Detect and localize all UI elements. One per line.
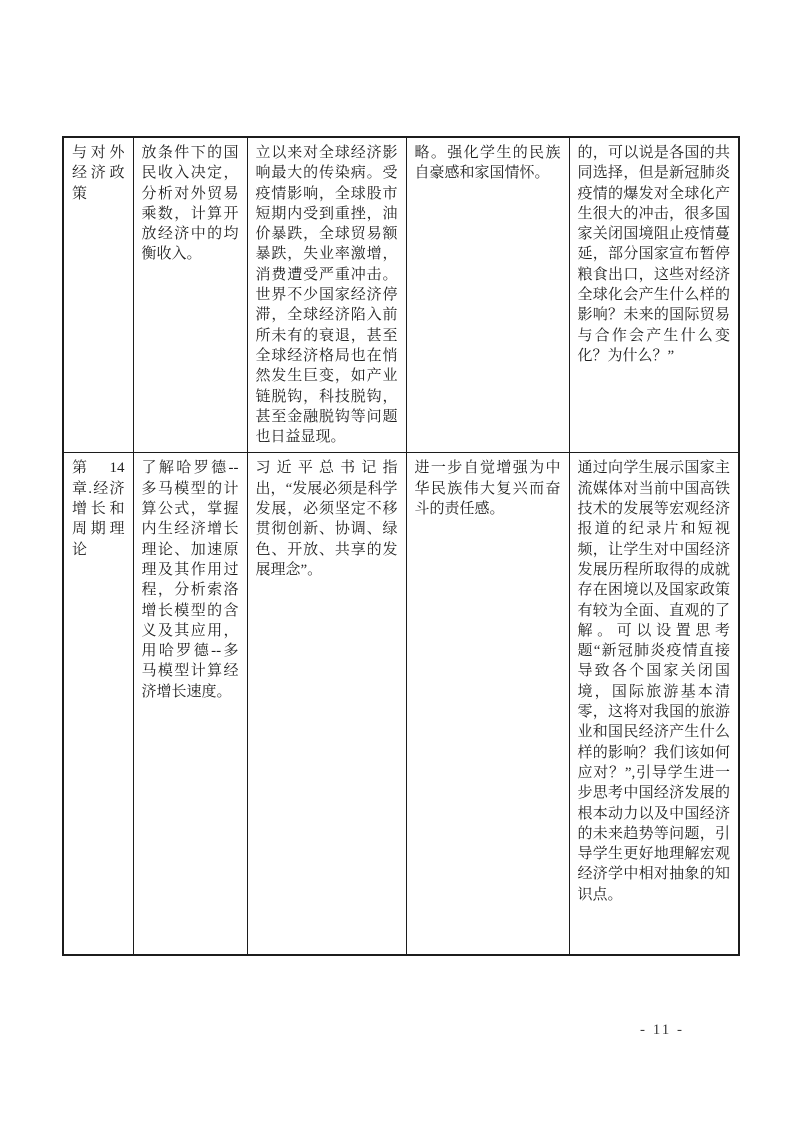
cell-objectives: 了解哈罗德--多马模型的计算公式，掌握内生经济增长理论、加速原理及其作用过程，分… — [133, 453, 247, 955]
cell-chapter: 第 14 章.经济增长和周期理论 — [63, 453, 133, 955]
cell-education-goal: 进一步自觉增强为中华民族伟大复兴而奋斗的责任感。 — [406, 453, 569, 955]
cell-education-goal: 略。强化学生的民族自豪感和家国情怀。 — [406, 137, 569, 453]
cell-teaching-method: 的，可以说是各国的共同选择，但是新冠肺炎疫情的爆发对全球化产生很大的冲击，很多国… — [569, 137, 739, 453]
cell-teaching-method: 通过向学生展示国家主流媒体对当前中国高铁技术的发展等宏观经济报道的纪录片和短视频… — [569, 453, 739, 955]
table-row: 第 14 章.经济增长和周期理论 了解哈罗德--多马模型的计算公式，掌握内生经济… — [63, 453, 739, 955]
cell-objectives: 放条件下的国民收入决定，分析对外贸易乘数，计算开放经济中的均衡收入。 — [133, 137, 247, 453]
table-row: 与对外经济政策 放条件下的国民收入决定，分析对外贸易乘数，计算开放经济中的均衡收… — [63, 137, 739, 453]
syllabus-table: 与对外经济政策 放条件下的国民收入决定，分析对外贸易乘数，计算开放经济中的均衡收… — [62, 136, 740, 956]
cell-ideology-content: 习近平总书记指出，“发展必须是科学发展，必须坚定不移贯彻创新、协调、绿色、开放、… — [247, 453, 406, 955]
cell-ideology-content: 立以来对全球经济影响最大的传染病。受疫情影响，全球股市短期内受到重挫，油价暴跌，… — [247, 137, 406, 453]
page-number: - 11 - — [640, 1022, 684, 1039]
cell-chapter: 与对外经济政策 — [63, 137, 133, 453]
document-page: 与对外经济政策 放条件下的国民收入决定，分析对外贸易乘数，计算开放经济中的均衡收… — [0, 0, 794, 1123]
